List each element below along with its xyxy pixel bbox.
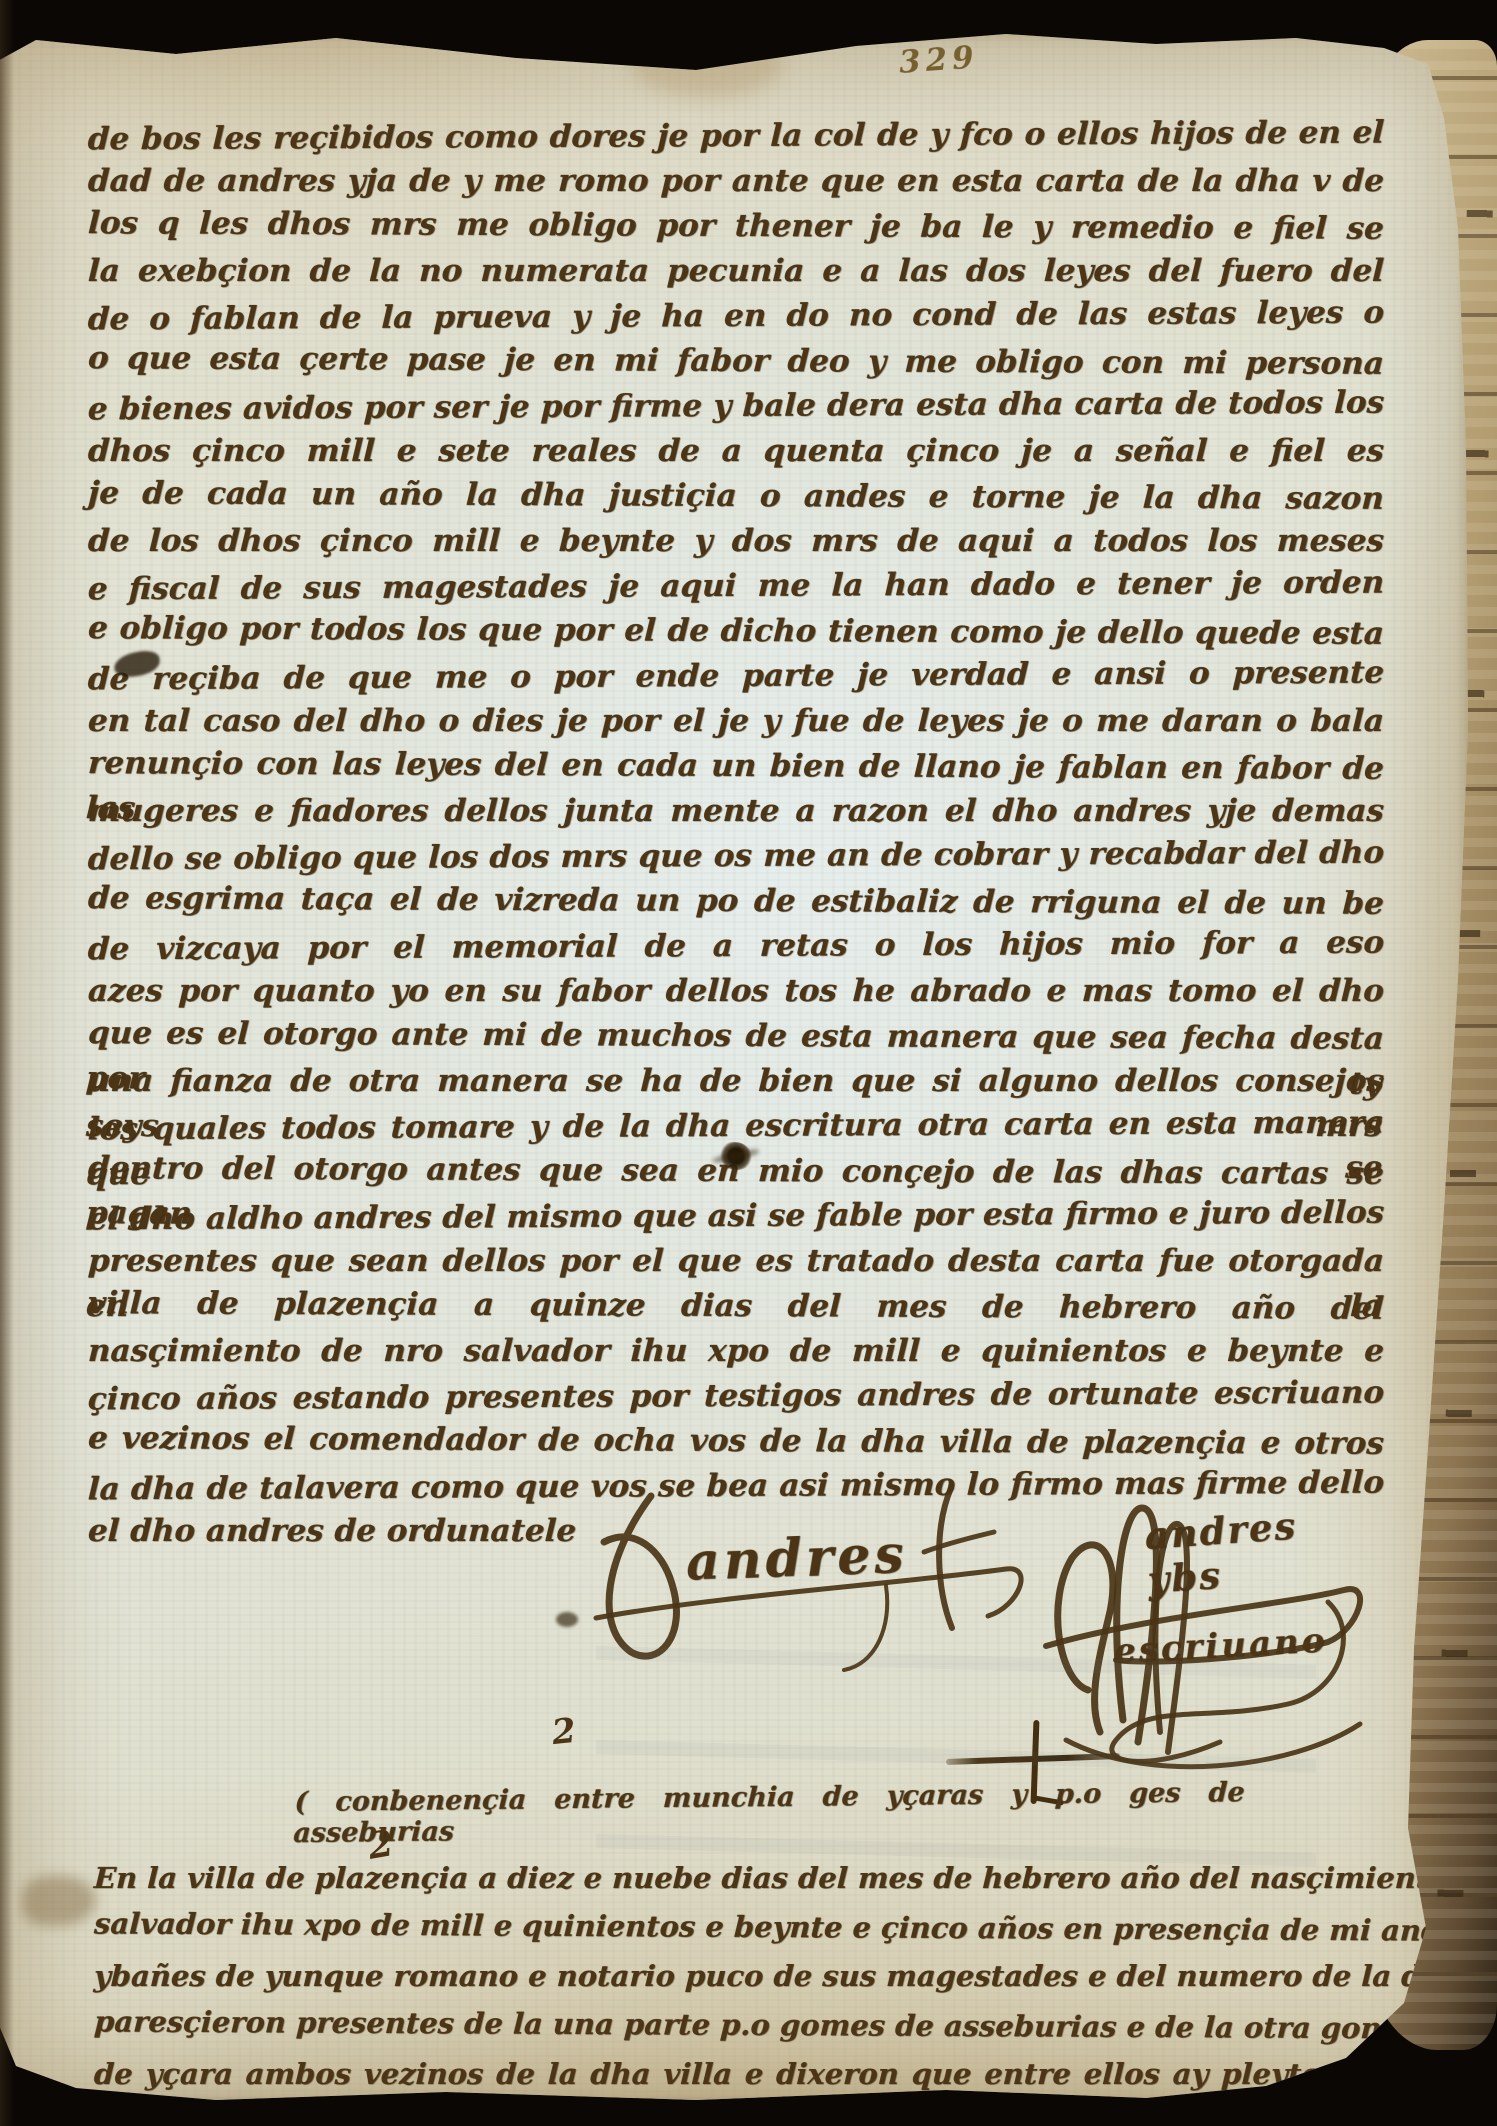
- manuscript-line: je de cada un año la dha justiçia o ande…: [87, 471, 1385, 522]
- flourish-mark: 2: [550, 1711, 578, 1753]
- paper-stain: [22, 1876, 96, 1926]
- second-deed-text-block: En la villa de plazençia a diez e nuebe …: [94, 1854, 1440, 2099]
- manuscript-line: de yçara ambos vezinos de la dha villa e…: [93, 2050, 1441, 2099]
- manuscript-line: paresçieron presentes de la una parte p.…: [93, 1997, 1441, 2053]
- manuscript-line: en tal caso del dho o dies je por el je …: [87, 699, 1385, 744]
- manuscript-line: En la villa de plazençia a diez e nuebe …: [93, 1854, 1441, 1903]
- manuscript-line: de bos les reçibidos como dores je por l…: [87, 111, 1385, 163]
- manuscript-line: villa de plazençia a quinze dias del mes…: [87, 1281, 1385, 1332]
- manuscript-line: que es el otorgo ante mi de muchos de es…: [87, 1011, 1385, 1062]
- manuscript-line: e bienes avidos por ser je por firme y b…: [87, 381, 1385, 433]
- folio-number: 329: [898, 39, 980, 80]
- page-crease: [0, 0, 14, 2126]
- signature-name: andres: [685, 1524, 909, 1593]
- manuscript-line: presentes que sean dellos por el que es …: [87, 1239, 1385, 1284]
- manuscript-line: salvador ihu xpo de mill e quinientos e …: [93, 1899, 1441, 1955]
- manuscript-line: nasçimiento de nro salvador ihu xpo de m…: [87, 1329, 1385, 1374]
- manuscript-line: dello se obligo que los dos mrs que os m…: [87, 831, 1385, 883]
- manuscript-line: la exebçion de la no numerata pecunia e …: [87, 249, 1385, 294]
- manuscript-line: dentro del otorgo antes que sea en mio c…: [87, 1146, 1385, 1197]
- manuscript-line: los quales todos tomare y de la dha escr…: [87, 1101, 1385, 1153]
- manuscript-photo: 329 de bos les reçibidos como dores je p…: [0, 0, 1497, 2126]
- manuscript-leaf: 329 de bos les reçibidos como dores je p…: [0, 28, 1471, 2106]
- manuscript-line: çinco años estando presentes por testigo…: [87, 1371, 1385, 1423]
- manuscript-line: o que esta çerte pase je en mi fabor deo…: [87, 336, 1385, 387]
- manuscript-line: e obligo por todos los que por el de dic…: [87, 606, 1385, 657]
- manuscript-line: de los dhos çinco mill e beynte y dos mr…: [87, 519, 1385, 564]
- main-text-block: de bos les reçibidos como dores je por l…: [88, 114, 1384, 1554]
- paper-stain: [632, 32, 782, 98]
- manuscript-line: de vizcaya por el memorial de a retas o …: [87, 921, 1385, 973]
- manuscript-line: de reçiba de que me o por ende parte je …: [87, 651, 1385, 703]
- manuscript-line: dhos çinco mill e sete reales de a quent…: [87, 429, 1385, 474]
- manuscript-line: ybañes de yunque romano e notario puco d…: [93, 1952, 1441, 2001]
- manuscript-line: una fianza de otra manera se ha de bien …: [87, 1059, 1385, 1104]
- manuscript-line: mugeres e fiadores dellos junta mente a …: [87, 789, 1385, 834]
- second-deed-heading: ( conbenençia entre munchia de yçaras y …: [293, 1777, 1246, 1849]
- rubric-name-line: andres ybs: [1143, 1498, 1381, 1602]
- manuscript-line: el dho aldho andres del mismo que asi se…: [87, 1191, 1385, 1243]
- manuscript-line: renunçio con las leyes del en cada un bi…: [87, 741, 1385, 792]
- manuscript-line: e fiscal de sus magestades je aqui me la…: [87, 561, 1385, 613]
- manuscript-line: dad de andres yja de y me romo por ante …: [87, 159, 1385, 204]
- signature-andres: andres: [536, 1466, 1076, 1696]
- manuscript-line: de esgrima taça el de vizreda un po de e…: [87, 876, 1385, 927]
- manuscript-line: azes por quanto yo en su fabor dellos to…: [87, 969, 1385, 1014]
- manuscript-line: de o fablan de la prueva y je ha en do n…: [87, 291, 1385, 343]
- manuscript-line: los q les dhos mrs me obligo por thener …: [87, 201, 1385, 252]
